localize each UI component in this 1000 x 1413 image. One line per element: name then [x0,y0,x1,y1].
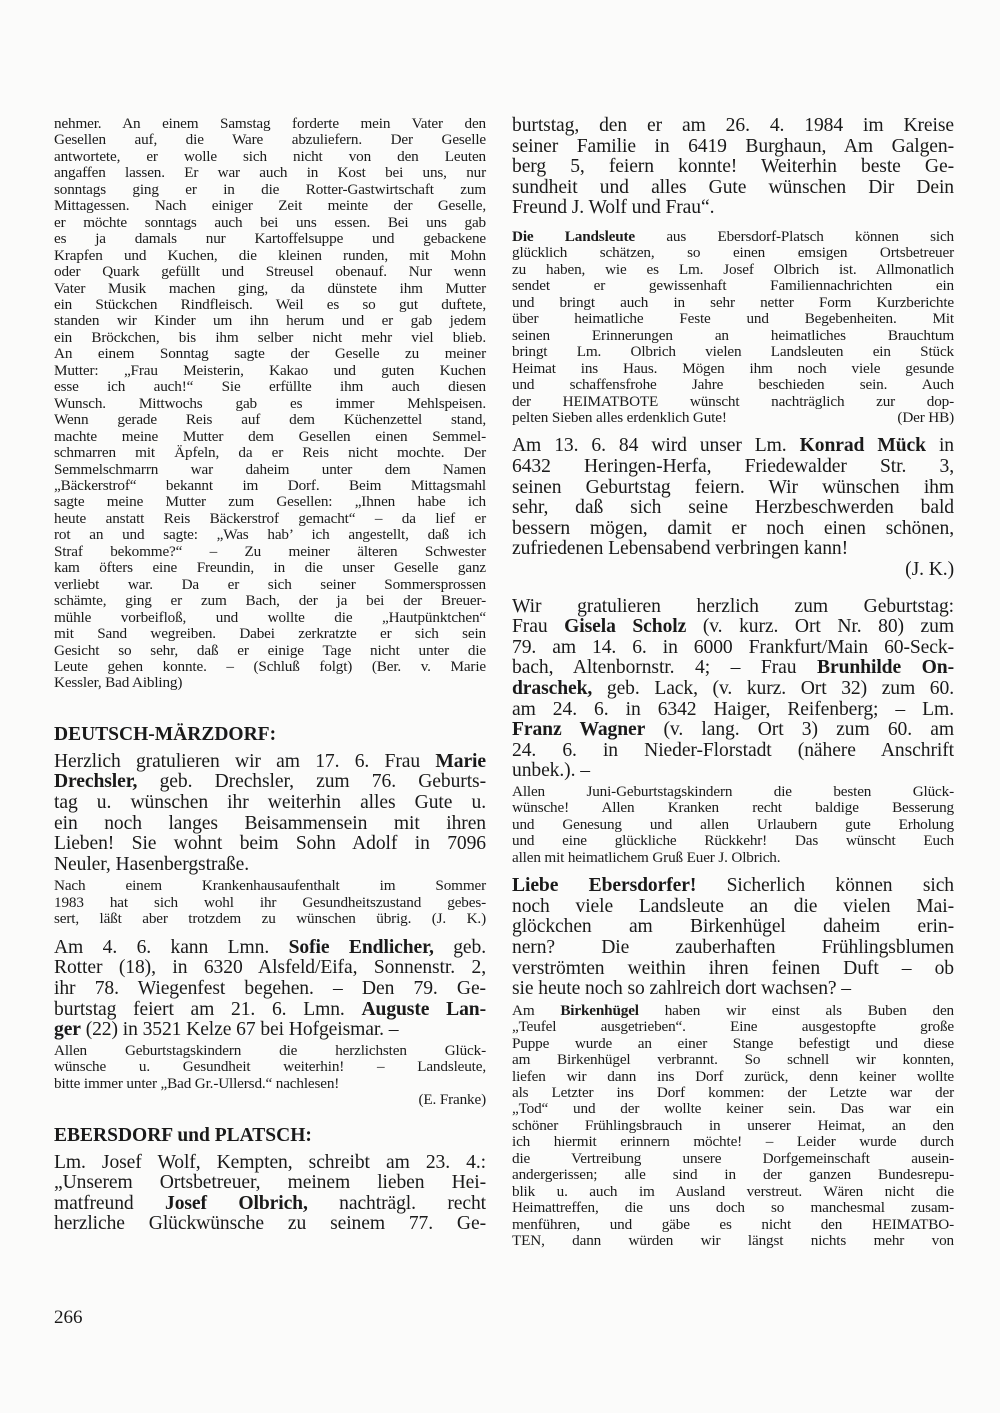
text-line: Die Landsleute aus Ebersdorf-Platsch kön… [512,229,954,245]
text-line: TEN, dann würden wir längst nichts mehr … [512,1233,954,1249]
text-line: Gesicht so sehr, daß er einige Tage nich… [54,643,486,659]
text-line: burtstag, den er am 26. 4. 1984 im Kreis… [512,116,954,137]
document-page: nehmer. An einem Samstag forderte mein V… [0,0,1000,1413]
text-line: Kessler, Bad Aibling) [54,675,486,691]
text-line: Krapfen und Kuchen, die kleinen runden, … [54,248,486,264]
text-line: zu haben, wie es Lm. Josef Olbrich ist. … [512,262,954,278]
text-line: andergerissen; alle sind in der ganzen B… [512,1167,954,1183]
text-line: bringt Lm. Olbrich vielen Landsleuten ei… [512,344,954,360]
text-line: Am 13. 6. 84 wird unser Lm. Konrad Mück … [512,436,954,457]
place-name: Birkenhügel [560,1002,639,1019]
text-line: burtstag feiert am 21. 6. Lmn. Auguste L… [54,1000,486,1021]
text-line: sie heute noch so zahlreich dort wachsen… [512,979,954,1000]
text-line: blik u. auch im Ausland verstreut. Wären… [512,1184,954,1200]
text-line: verliebt war. Da er sich seiner Sommersp… [54,577,486,593]
person-name: Sofie Endlicher, [289,937,434,958]
text-line: noch viele Landsleute an die vielen Mai- [512,897,954,918]
text-line: herzliche Glückwünsche zu seinem 77. Ge- [54,1214,486,1235]
text-line: Allen Juni-Geburtstagskindern die besten… [512,784,954,800]
text-line: Freund J. Wolf und Frau“. [512,198,954,219]
text-line: mühle vorbeifloß, und wollte die „Hautpü… [54,610,486,626]
text-line: allen mit heimatlichem Gruß Euer J. Olbr… [512,850,954,866]
text-line: glücklich schätzen, so einen emsigen Ort… [512,245,954,261]
text-line: Heimat ins Haus. Mögen ihm noch viele ge… [512,361,954,377]
text-line: An einem Sonntag sagte der Geselle zu me… [54,346,486,362]
text-line: und bringt auch in sehr netter Form Kurz… [512,295,954,311]
text-line: Am 4. 6. kann Lmn. Sofie Endlicher, geb. [54,938,486,959]
left-column: nehmer. An einem Samstag forderte mein V… [54,116,486,1235]
person-name: Brunhilde On- [817,657,954,678]
landsleute-tribute: Die Landsleute aus Ebersdorf-Platsch kön… [512,229,954,426]
drechsler-health-note: Nach einem Krankenhausaufenthalt im Somm… [54,878,486,927]
text-line: glöckchen am Birkenhügel daheim erin- [512,917,954,938]
text-line: Frau Gisela Scholz (v. kurz. Ort Nr. 80)… [512,617,954,638]
text-line: Puppe wurde an einer Stange befestigt un… [512,1036,954,1052]
lead-in: Die Landsleute [512,228,635,245]
text-line: ein Stückchen Rindfleisch. Weil es so gu… [54,297,486,313]
section-heading-deutsch-maerzdorf: DEUTSCH-MÄRZDORF: [54,724,486,746]
text-line: Lm. Josef Wolf, Kempten, schreibt am 23.… [54,1153,486,1174]
text-line: Wir gratulieren herzlich zum Geburtstag: [512,597,954,618]
text-line: zufriedenen Lebensabend verbringen kann! [512,539,954,560]
text-line: esse ich auch!“ Sie erfüllte ihm auch di… [54,379,486,395]
text-line: bessern mögen, damit er noch einen schön… [512,519,954,540]
text-line: heute anstatt Reis Bäckerstrof gemacht“ … [54,511,486,527]
text-line: als Letzter ins Dorf kommen: der Letzte … [512,1085,954,1101]
text-line: sendet er gewissenhaft Familiennachricht… [512,278,954,294]
text-line: ein Bröckchen, bis ihm selber nicht mehr… [54,330,486,346]
text-line: Mutter: „Frau Meisterin, Kakao und guten… [54,363,486,379]
text-line: seiner Familie in 6419 Burghaun, Am Galg… [512,137,954,158]
text-line: „Teufel ausgetrieben“. Eine ausgestopfte… [512,1019,954,1035]
liebe-ebersdorfer: Liebe Ebersdorfer! Sicherlich können sic… [512,876,954,1000]
person-name: Marie [435,751,486,772]
text-line: verströmten weithin ihren feinen Duft – … [512,959,954,980]
text-line: Am Birkenhügel haben wir einst als Buben… [512,1003,954,1019]
text-line: bach, Altenbornstr. 4; – Frau Brunhilde … [512,658,954,679]
text-line: kam öfters eine Freundin, in die unser G… [54,560,486,576]
text-line: 24. 6. in Nieder-Florstadt (nähere Ansch… [512,741,954,762]
text-line: Allen Geburtstagskindern die herzlichste… [54,1043,486,1059]
author-signature: (E. Franke) [54,1092,486,1108]
text-line: „Unserem Ortsbetreuer, meinem lieben Hei… [54,1173,486,1194]
text-line: 1983 hat sich wohl ihr Gesundheitszustan… [54,895,486,911]
text-line: tag u. wünschen ihr weiterhin alles Gute… [54,793,486,814]
person-name: Auguste Lan- [361,999,486,1020]
text-line: Rotter (18), in 6320 Alsfeld/Eifa, Sonne… [54,958,486,979]
text-line: ihr 78. Wiegenfest begehen. – Den 79. Ge… [54,979,486,1000]
text-line: standen wir Kinder um ihn herum und er g… [54,313,486,329]
text-line: sert, läßt aber trotzdem zu wünschen übr… [54,911,486,927]
text-line: der HEIMATBOTE wünscht nachträglich zur … [512,394,954,410]
text-line: ich hiermit erinnern möchte! – Leider wu… [512,1134,954,1150]
text-line: Leute gehen konnte. – (Schluß folgt) (Be… [54,659,486,675]
text-line: wünsche! Allen Kranken recht baldige Bes… [512,800,954,816]
text-line: ger (22) in 3521 Kelze 67 bei Hofgeismar… [54,1020,486,1041]
text-line: sagte meine Mutter zum Gesellen: „Ihnen … [54,494,486,510]
text-line: Neuler, Hasenbergstraße. [54,855,486,876]
person-name: Gisela Scholz [564,616,686,637]
author-signature: (Der HB) [897,410,954,426]
text-line: schöner Frühlingsbrauch in unserer Heima… [512,1118,954,1134]
text-line: nehmer. An einem Samstag forderte mein V… [54,116,486,132]
endlicher-langer-birthdays: Am 4. 6. kann Lmn. Sofie Endlicher, geb.… [54,938,486,1041]
text-line: schmarren mit Äpfeln, da er Reis nicht m… [54,445,486,461]
page-number: 266 [54,1307,83,1329]
author-signature: (J. K.) [512,560,954,581]
text-line: matfreund Josef Olbrich, nachträgl. rech… [54,1194,486,1215]
text-line: wünsche u. Gesundheit weiterhin! – Lands… [54,1059,486,1075]
story-continuation: nehmer. An einem Samstag forderte mein V… [54,116,486,692]
text-line: Wenn gerade Reis auf dem Küchenzettel st… [54,412,486,428]
person-name: Franz Wagner [512,719,645,740]
text-line: seinen Geburtstag feiern. Wir wünschen i… [512,478,954,499]
text-line: „Tod“ und der wollte keiner sein. Das wa… [512,1101,954,1117]
wolf-letter: Lm. Josef Wolf, Kempten, schreibt am 23.… [54,1153,486,1235]
text-line: und Genesung und allen Urlaubern gute Er… [512,817,954,833]
text-line: Heimattreffen, die uns doch so manchesma… [512,1200,954,1216]
text-line: 79. am 14. 6. in 6000 Frankfurt/Main 60-… [512,638,954,659]
text-line: mit Sand wegreiben. Dabei zerkratzte er … [54,626,486,642]
geburtstag-greetings: Allen Geburtstagskindern die herzlichste… [54,1043,486,1109]
text-line: sundheit und alles Gute wünschen Dir Dei… [512,178,954,199]
text-line: 6432 Heringen-Herfa, Friedewalder Str. 3… [512,457,954,478]
text-line: Semmelschmarrn war daheim unter dem Name… [54,462,486,478]
text-line: unbek.). – [512,761,954,782]
text-line: die Vertreibung unsere Dorfgemeinschaft … [512,1151,954,1167]
person-name: Konrad Mück [800,435,926,456]
text-line: schämte, ging er zum Bach, der ja bei de… [54,593,486,609]
text-line: über heimatliche Feste und Begebenheiten… [512,311,954,327]
text-line: nern? Die zauberhaften Frühlingsblumen [512,938,954,959]
text-line: sehr, daß sich seine Herzbeschwerden bal… [512,498,954,519]
text-line: und eine glückliche Rückkehr! Das wünsch… [512,833,954,849]
text-line: er möchte sonntags auch bei uns essen. B… [54,215,486,231]
text-line: ein noch langes Beisammensein mit ihren [54,814,486,835]
text-line: oder Quark gefüllt und Streusel obenauf.… [54,264,486,280]
text-line: Gesellen auf, die Ware abzuliefern. Der … [54,132,486,148]
text-line: liefen wir dann ins Dorf zurück, denn ke… [512,1069,954,1085]
text-line: Nach einem Krankenhausaufenthalt im Somm… [54,878,486,894]
person-name: Josef Olbrich, [165,1193,308,1214]
text-line: antwortete, er wolle sich nicht von den … [54,149,486,165]
text-line: rot an und sagte: „Was hab’ ich angestel… [54,527,486,543]
juni-greetings: Allen Juni-Geburtstagskindern die besten… [512,784,954,866]
drechsler-birthday: Herzlich gratulieren wir am 17. 6. Frau … [54,752,486,876]
lead-in: Liebe Ebersdorfer! [512,875,696,896]
text-line: Herzlich gratulieren wir am 17. 6. Frau … [54,752,486,773]
text-line: Lieben! Sie wohnt beim Sohn Adolf in 709… [54,834,486,855]
text-line: Liebe Ebersdorfer! Sicherlich können sic… [512,876,954,897]
person-name: draschek, [512,678,592,699]
text-line: am 24. 6. in 6342 Haiger, Reifenberg; – … [512,700,954,721]
text-line: bitte immer unter „Bad Gr.-Ullersd.“ nac… [54,1076,486,1092]
text-line: am Birkenhügel verbrannt. So schnell wir… [512,1052,954,1068]
text-line: Straf bekomme?“ – Zu meiner älteren Schw… [54,544,486,560]
text-line: berg 5, feiern konnte! Weiterhin beste G… [512,157,954,178]
text-line: machte meine Mutter dem Gesellen einen S… [54,429,486,445]
text-line: seinen Erinnerungen an heimatliches Brau… [512,328,954,344]
text-line: sonntags ging er in die Rotter-Gastwirts… [54,182,486,198]
text-line: menführen, und gäbe es nicht den HEIMATB… [512,1217,954,1233]
person-name: ger [54,1019,81,1040]
text-line: „Bäckerstrof“ bekannt im Dorf. Beim Mitt… [54,478,486,494]
birthday-congratulations: Wir gratulieren herzlich zum Geburtstag:… [512,597,954,782]
text-line: Franz Wagner (v. lang. Ort 3) zum 60. am [512,720,954,741]
wolf-letter-continued: burtstag, den er am 26. 4. 1984 im Kreis… [512,116,954,219]
text-line: Mittagessen. Nach einiger Zeit meinte de… [54,198,486,214]
text-line: Drechsler, geb. Drechsler, zum 76. Gebur… [54,772,486,793]
text-line: angaffen lassen. Er war auch in Kost bei… [54,165,486,181]
text-line: draschek, geb. Lack, (v. kurz. Ort 32) z… [512,679,954,700]
text-line: pelten Sieben alles erdenklich Gute!(Der… [512,410,954,426]
mueck-birthday: Am 13. 6. 84 wird unser Lm. Konrad Mück … [512,436,954,580]
birkenhuegel-story: Am Birkenhügel haben wir einst als Buben… [512,1003,954,1250]
person-name: Drechsler, [54,771,137,792]
text-line: Vater Musik machen ging, da dünstete ihm… [54,281,486,297]
text-line: Wunsch. Mittwochs gab es immer Mehlspeis… [54,396,486,412]
text-line: es ja damals nur Kartoffelsuppe und geba… [54,231,486,247]
right-column: burtstag, den er am 26. 4. 1984 im Kreis… [512,116,954,1250]
section-heading-ebersdorf-platsch: EBERSDORF und PLATSCH: [54,1125,486,1147]
text-line: und schaffensfrohe Jahre beschieden sein… [512,377,954,393]
